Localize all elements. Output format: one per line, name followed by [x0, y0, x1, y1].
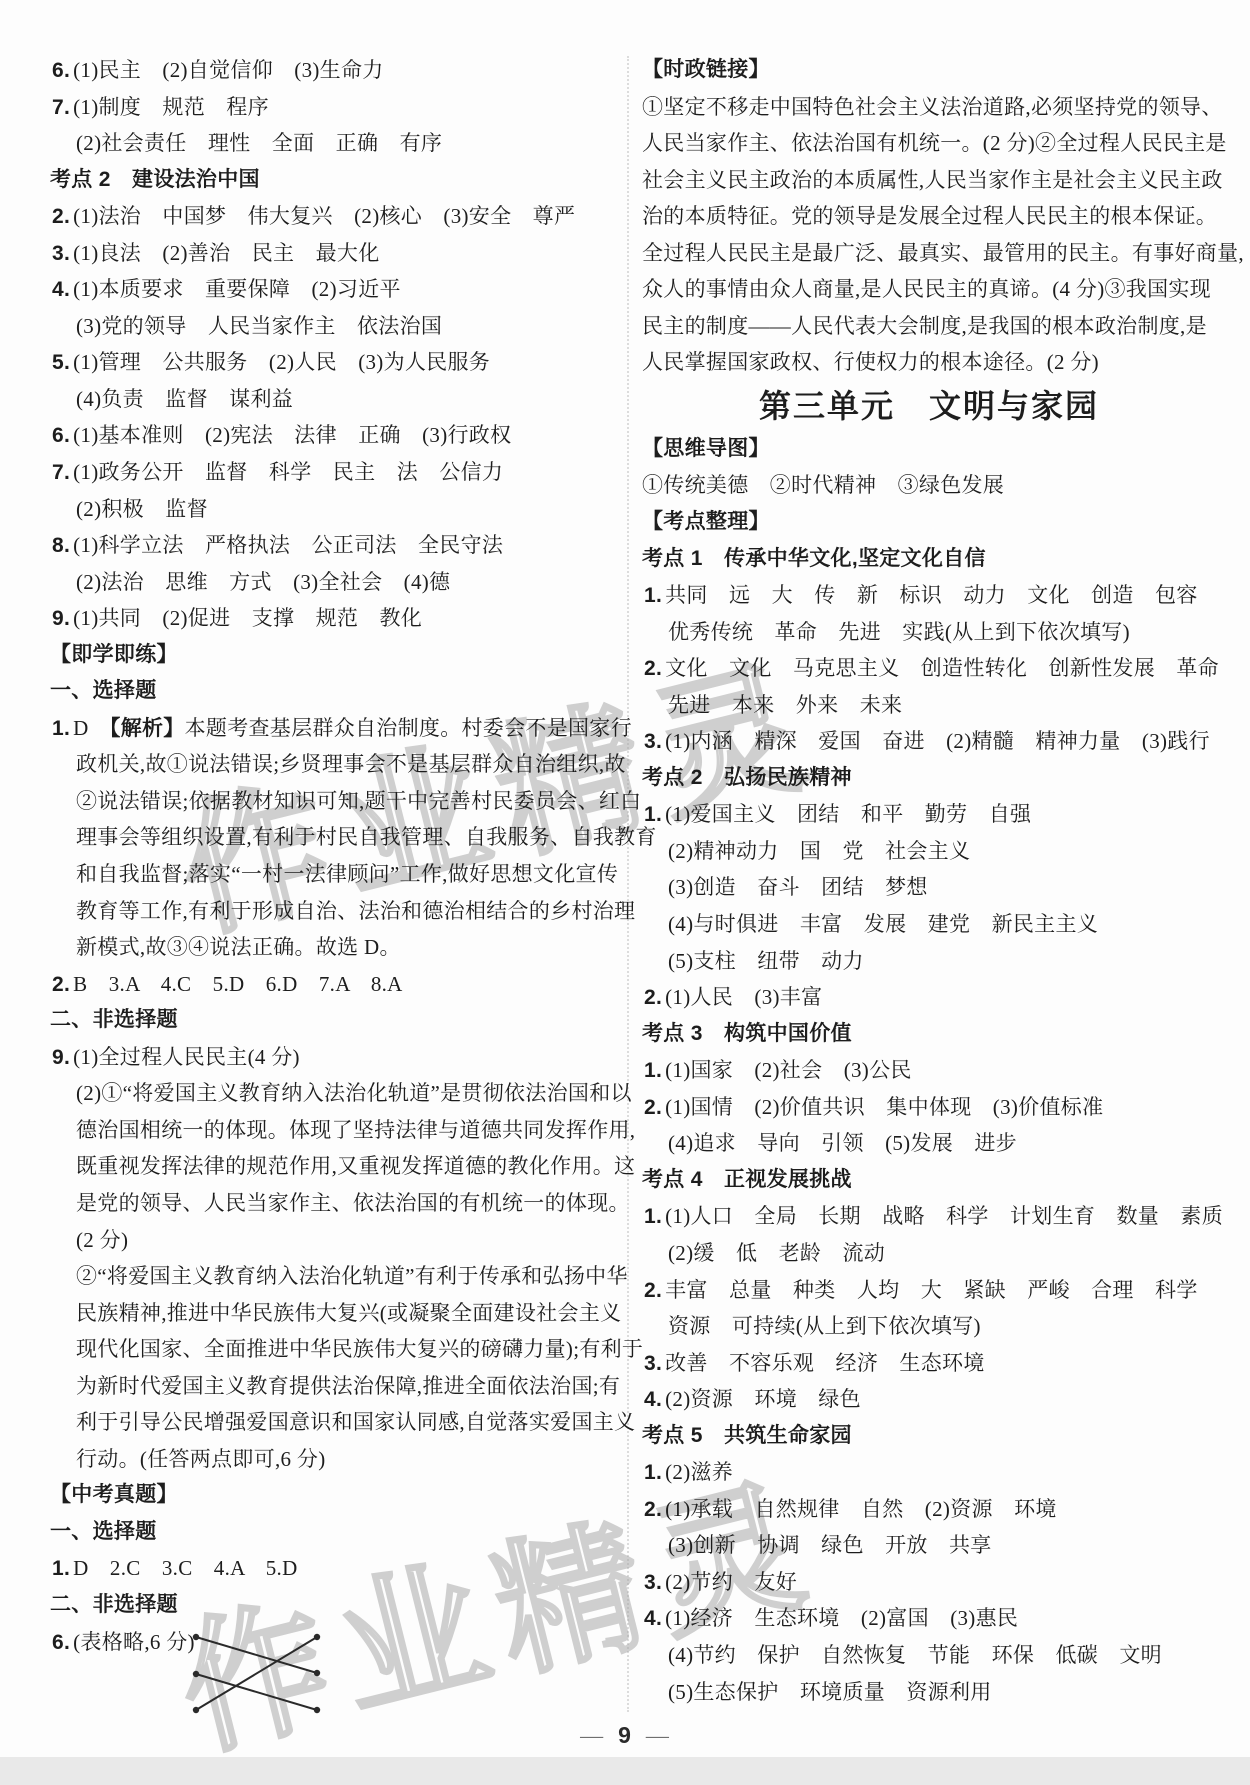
text-line: 为新时代爱国主义教育提供法治保障,推进全面依法治国;有 — [50, 1368, 616, 1405]
text-line: 4.(1)本质要求 重要保障 (2)习近平 — [50, 271, 616, 308]
text-line: (5)支柱 纽带 动力 — [642, 943, 1216, 980]
unit-title: 第三单元 文明与家园 — [642, 381, 1216, 431]
text-line: 人民当家作主、依法治国有机统一。(2 分)②全过程人民民主是 — [642, 125, 1216, 162]
text-line: (2)缓 低 老龄 流动 — [642, 1235, 1216, 1272]
text-line: 【考点整理】 — [642, 504, 1216, 541]
text-line: 1.(1)国家 (2)社会 (3)公民 — [642, 1052, 1216, 1089]
text-line: (3)党的领导 人民当家作主 依法治国 — [50, 308, 616, 345]
text-line: 行动。(任答两点即可,6 分) — [50, 1441, 616, 1478]
text-line: 3.(2)节约 友好 — [642, 1564, 1216, 1601]
text-line: 【中考真题】 — [50, 1477, 616, 1514]
text-line: 社会主义民主政治的本质属性,人民当家作主是社会主义民主政 — [642, 162, 1216, 199]
right-column: 【时政链接】①坚定不移走中国特色社会主义法治道路,必须坚持党的领导、人民当家作主… — [642, 52, 1216, 1710]
text-line: 考点 4 正视发展挑战 — [642, 1162, 1216, 1199]
text-line: (4)负责 监督 谋利益 — [50, 381, 616, 418]
page-number: 9 — [618, 1722, 632, 1748]
text-line: 资源 可持续(从上到下依次填写) — [642, 1308, 1216, 1345]
text-line: 3.(1)良法 (2)善治 民主 最大化 — [50, 235, 616, 272]
text-line: 3.(1)内涵 精深 爱国 奋进 (2)精髓 精神力量 (3)践行 — [642, 723, 1216, 760]
text-line: 众人的事情由众人商量,是人民民主的真谛。(4 分)③我国实现 — [642, 271, 1216, 308]
text-line: (4)与时俱进 丰富 发展 建党 新民主主义 — [642, 906, 1216, 943]
left-column: 6.(1)民主 (2)自觉信仰 (3)生命力7.(1)制度 规范 程序(2)社会… — [50, 52, 616, 1660]
text-line: 新模式,故③④说法正确。故选 D。 — [50, 929, 616, 966]
text-line: 考点 3 构筑中国价值 — [642, 1016, 1216, 1053]
text-line: 一、选择题 — [50, 1514, 616, 1551]
matching-lines-diagram — [178, 1622, 336, 1724]
text-line: 【即学即练】 — [50, 637, 616, 674]
text-line: 治的本质特征。党的领导是发展全过程人民民主的根本保证。 — [642, 198, 1216, 235]
text-line: 2.(1)国情 (2)价值共识 集中体现 (3)价值标准 — [642, 1089, 1216, 1126]
text-line: 是党的领导、人民当家作主、依法治国的有机统一的体现。 — [50, 1185, 616, 1222]
text-line: (3)创造 奋斗 团结 梦想 — [642, 869, 1216, 906]
text-line: (2)法治 思维 方式 (3)全社会 (4)德 — [50, 564, 616, 601]
text-line: 4.(2)资源 环境 绿色 — [642, 1381, 1216, 1418]
text-line: (2)精神动力 国 党 社会主义 — [642, 833, 1216, 870]
text-line: 考点 1 传承中华文化,坚定文化自信 — [642, 541, 1216, 578]
text-line: (2)积极 监督 — [50, 491, 616, 528]
text-line: 政机关,故①说法错误;乡贤理事会不是基层群众自治组织,故 — [50, 746, 616, 783]
text-line: 6.(1)民主 (2)自觉信仰 (3)生命力 — [50, 52, 616, 89]
text-line: 二、非选择题 — [50, 1587, 616, 1624]
text-line: 7.(1)政务公开 监督 科学 民主 法 公信力 — [50, 454, 616, 491]
text-line: 2.(1)承载 自然规律 自然 (2)资源 环境 — [642, 1491, 1216, 1528]
text-line: 考点 5 共筑生命家园 — [642, 1418, 1216, 1455]
text-line: 1.共同 远 大 传 新 标识 动力 文化 创造 包容 — [642, 577, 1216, 614]
text-line: ②“将爱国主义教育纳入法治化轨道”有利于传承和弘扬中华 — [50, 1258, 616, 1295]
text-line: 优秀传统 革命 先进 实践(从上到下依次填写) — [642, 614, 1216, 651]
text-line: 1.D 2.C 3.C 4.A 5.D — [50, 1550, 616, 1587]
text-line: 3.改善 不容乐观 经济 生态环境 — [642, 1345, 1216, 1382]
page-footer: —9— — [0, 1722, 1250, 1749]
text-line: (4)追求 导向 引领 (5)发展 进步 — [642, 1125, 1216, 1162]
text-line: 【思维导图】 — [642, 431, 1216, 468]
text-line: 1.D 【解析】本题考查基层群众自治制度。村委会不是国家行 — [50, 710, 616, 747]
text-line: 考点 2 建设法治中国 — [50, 162, 616, 199]
text-line: (2 分) — [50, 1222, 616, 1259]
text-line: (2)社会责任 理性 全面 正确 有序 — [50, 125, 616, 162]
text-line: 9.(1)全过程人民民主(4 分) — [50, 1039, 616, 1076]
text-line: 2.丰富 总量 种类 人均 大 紧缺 严峻 合理 科学 — [642, 1272, 1216, 1309]
text-line: 教育等工作,有利于形成自治、法治和德治相结合的乡村治理 — [50, 893, 616, 930]
text-line: ①坚定不移走中国特色社会主义法治道路,必须坚持党的领导、 — [642, 89, 1216, 126]
text-line: (3)创新 协调 绿色 开放 共享 — [642, 1527, 1216, 1564]
text-line: 7.(1)制度 规范 程序 — [50, 89, 616, 126]
text-line: 5.(1)管理 公共服务 (2)人民 (3)为人民服务 — [50, 344, 616, 381]
text-line: 理事会等组织设置,有利于村民自我管理、自我服务、自我教育 — [50, 819, 616, 856]
text-line: 德治国相统一的体现。体现了坚持法律与道德共同发挥作用, — [50, 1112, 616, 1149]
text-line: 先进 本来 外来 未来 — [642, 687, 1216, 724]
text-line: 考点 2 弘扬民族精神 — [642, 760, 1216, 797]
text-line: 【时政链接】 — [642, 52, 1216, 89]
text-line: ②说法错误;依据教材知识可知,题干中完善村民委员会、红白 — [50, 783, 616, 820]
text-line: (2)①“将爱国主义教育纳入法治化轨道”是贯彻依法治国和以 — [50, 1075, 616, 1112]
text-line: 民主的制度——人民代表大会制度,是我国的根本政治制度,是 — [642, 308, 1216, 345]
text-line: 6.(1)基本准则 (2)宪法 法律 正确 (3)行政权 — [50, 417, 616, 454]
text-line: (5)生态保护 环境质量 资源利用 — [642, 1674, 1216, 1711]
text-line: 人民掌握国家政权、行使权力的根本途径。(2 分) — [642, 344, 1216, 381]
text-line: 既重视发挥法律的规范作用,又重视发挥道德的教化作用。这 — [50, 1148, 616, 1185]
text-line: 和自我监督;落实“一村一法律顾问”工作,做好思想文化宣传 — [50, 856, 616, 893]
text-line: (4)节约 保护 自然恢复 节能 环保 低碳 文明 — [642, 1637, 1216, 1674]
text-line: 2.(1)人民 (3)丰富 — [642, 979, 1216, 1016]
text-line: 二、非选择题 — [50, 1002, 616, 1039]
text-line: 2.(1)法治 中国梦 伟大复兴 (2)核心 (3)安全 尊严 — [50, 198, 616, 235]
text-line: 1.(1)爱国主义 团结 和平 勤劳 自强 — [642, 796, 1216, 833]
text-line: 9.(1)共同 (2)促进 支撑 规范 教化 — [50, 600, 616, 637]
text-line: 利于引导公民增强爱国意识和国家认同感,自觉落实爱国主义 — [50, 1404, 616, 1441]
text-line: 一、选择题 — [50, 673, 616, 710]
text-line: 4.(1)经济 生态环境 (2)富国 (3)惠民 — [642, 1600, 1216, 1637]
footer-dash-right: — — [632, 1723, 684, 1748]
footer-dash-left: — — [566, 1723, 618, 1748]
text-line: 全过程人民民主是最广泛、最真实、最管用的民主。有事好商量, — [642, 235, 1216, 272]
text-line: 2.B 3.A 4.C 5.D 6.D 7.A 8.A — [50, 966, 616, 1003]
text-line: 8.(1)科学立法 严格执法 公正司法 全民守法 — [50, 527, 616, 564]
text-line: 1.(2)滋养 — [642, 1454, 1216, 1491]
text-line: ①传统美德 ②时代精神 ③绿色发展 — [642, 467, 1216, 504]
text-line: 2.文化 文化 马克思主义 创造性转化 创新性发展 革命 — [642, 650, 1216, 687]
text-line: 现代化国家、全面推进中华民族伟大复兴的磅礴力量);有利于 — [50, 1331, 616, 1368]
scan-bottom-edge — [0, 1757, 1250, 1785]
text-line: 民族精神,推进中华民族伟大复兴(或凝聚全面建设社会主义 — [50, 1295, 616, 1332]
column-divider — [627, 56, 629, 1712]
text-line: 1.(1)人口 全局 长期 战略 科学 计划生育 数量 素质 — [642, 1198, 1216, 1235]
